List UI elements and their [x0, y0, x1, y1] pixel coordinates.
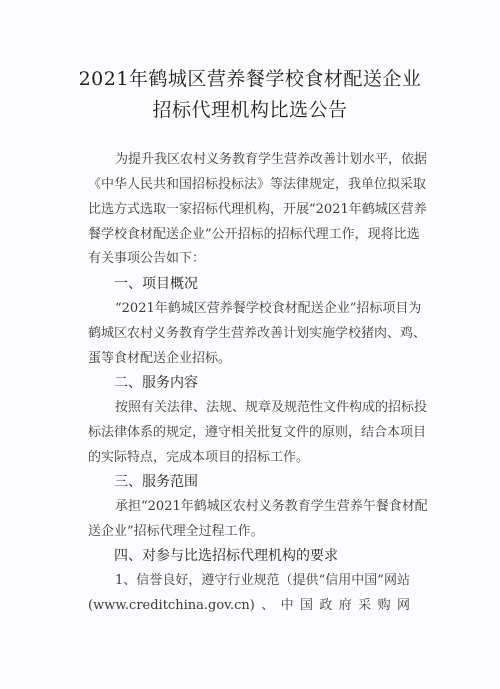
section-1-line-2: 鹤城区农村义务教育学生营养改善计划实施学校猪肉、鸡、 [88, 326, 410, 342]
intro-line-2: 《中华人民共和国招标投标法》等法律规定，我单位拟采取 [88, 177, 410, 193]
section-2-line-1: 按照有关法律、法规、规章及规范性文件构成的招标投 [115, 400, 410, 416]
section-1-line-3: 蛋等食材配送企业招标。 [88, 351, 410, 367]
section-heading-service-content: 二、服务内容 [114, 375, 198, 391]
section-4-line-2: (www.creditchina.gov.cn)、中国政府采购网 [88, 598, 410, 614]
section-heading-service-scope: 三、服务范围 [114, 474, 198, 490]
document-page: 2021年鹤城区营养餐学校食材配送企业 招标代理机构比选公告 为提升我区农村义务… [0, 0, 500, 689]
document-title-line-2: 招标代理机构比选公告 [0, 95, 500, 122]
section-1-line-1: “2021年鹤城区营养餐学校食材配送企业”招标项目为 [115, 301, 410, 317]
section-3-line-1: 承担“2021年鹤城区农村义务教育学生营养午餐食材配 [115, 499, 410, 515]
intro-line-5: 有关事项公告如下： [88, 251, 410, 267]
intro-line-3: 比选方式选取一家招标代理机构，开展“2021年鹤城区营养 [88, 202, 410, 218]
section-2-line-2: 标法律体系的规定，遵守相关批复文件的原则，结合本项目 [88, 425, 410, 441]
section-heading-project-overview: 一、项目概况 [114, 276, 198, 292]
section-4-line-1: 1、信誉良好，遵守行业规范（提供“信用中国”网站 [115, 573, 410, 589]
intro-line-4: 餐学校食材配送企业”公开招标的招标代理工作，现将比选 [88, 227, 410, 243]
section-heading-agency-requirements: 四、对参与比选招标代理机构的要求 [114, 548, 338, 564]
section-3-line-2: 送企业”招标代理全过程工作。 [88, 524, 410, 540]
intro-line-1: 为提升我区农村义务教育学生营养改善计划水平，依据 [115, 152, 410, 168]
section-2-line-3: 的实际特点，完成本项目的招标工作。 [88, 450, 410, 466]
document-title-line-1: 2021年鹤城区营养餐学校食材配送企业 [0, 64, 500, 91]
